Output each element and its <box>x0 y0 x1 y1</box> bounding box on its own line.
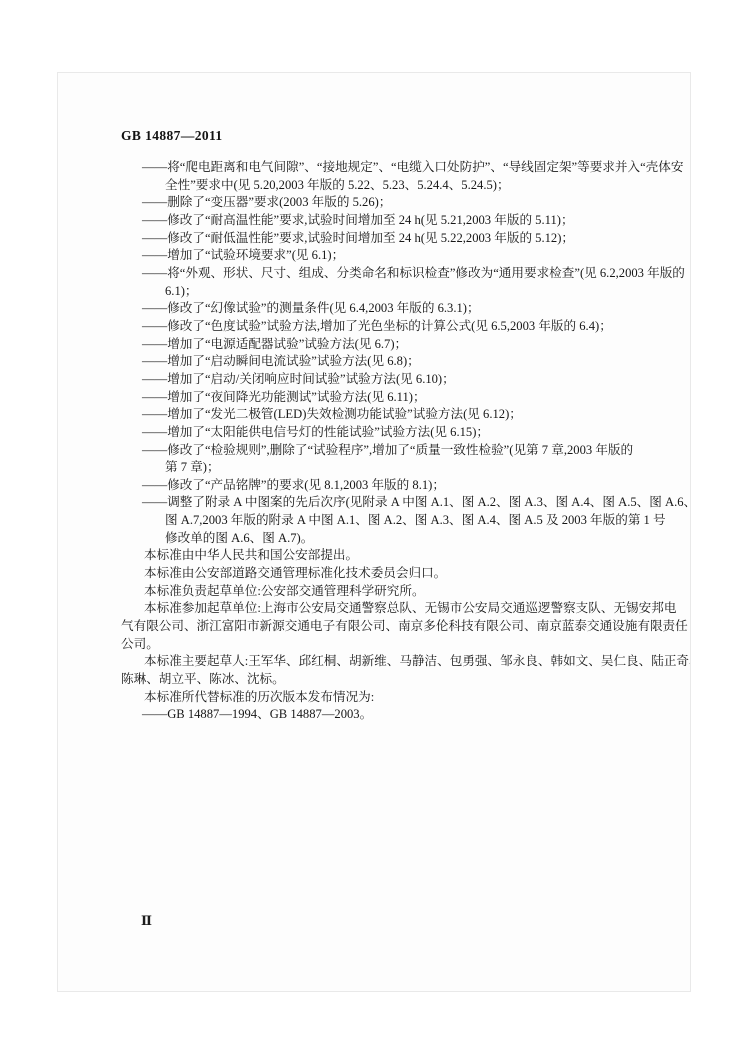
document-page: GB 14887—2011 ——将“爬电距离和电气间隙”、“接地规定”、“电缆入… <box>57 72 691 992</box>
text-line: 气有限公司、浙江富阳市新源交通电子有限公司、南京多伦科技有限公司、南京蓝泰交通设… <box>121 618 689 636</box>
text-line: 本标准负责起草单位:公安部交通管理科学研究所。 <box>144 583 689 601</box>
text-line: 本标准主要起草人:王军华、邱红桐、胡新维、马静洁、包勇强、邹永良、韩如文、吴仁良… <box>144 653 689 671</box>
text-line: ——调整了附录 A 中图案的先后次序(见附录 A 中图 A.1、图 A.2、图 … <box>142 494 689 512</box>
text-line: 修改单的图 A.6、图 A.7)。 <box>165 530 689 548</box>
text-line: 本标准参加起草单位:上海市公安局交通警察总队、无锡市公安局交通巡逻警察支队、无锡… <box>144 600 689 618</box>
text-line: 本标准由中华人民共和国公安部提出。 <box>144 547 689 565</box>
text-line: ——将“外观、形状、尺寸、组成、分类命名和标识检查”修改为“通用要求检查”(见 … <box>142 265 689 283</box>
page-number: Ⅱ <box>141 913 152 929</box>
text-line: ——修改了“产品铭牌”的要求(见 8.1,2003 年版的 8.1)； <box>142 477 689 495</box>
text-line: ——增加了“电源适配器试验”试验方法(见 6.7)； <box>142 336 689 354</box>
text-line: 公司。 <box>121 636 689 654</box>
text-lines: ——将“爬电距离和电气间隙”、“接地规定”、“电缆入口处防护”、“导线固定架”等… <box>121 159 689 724</box>
text-line: ——增加了“发光二极管(LED)失效检测功能试验”试验方法(见 6.12)； <box>142 406 689 424</box>
text-line: ——GB 14887—1994、GB 14887—2003。 <box>142 706 689 724</box>
text-line: ——增加了“启动瞬间电流试验”试验方法(见 6.8)； <box>142 353 689 371</box>
text-line: ——增加了“夜间降光功能测试”试验方法(见 6.11)； <box>142 389 689 407</box>
text-line: 本标准由公安部道路交通管理标准化技术委员会归口。 <box>144 565 689 583</box>
text-line: ——修改了“色度试验”试验方法,增加了光色坐标的计算公式(见 6.5,2003 … <box>142 318 689 336</box>
text-line: ——删除了“变压器”要求(2003 年版的 5.26)； <box>142 194 689 212</box>
text-line: 第 7 章)； <box>165 459 689 477</box>
text-line: 6.1)； <box>165 283 689 301</box>
text-line: ——修改了“检验规则”,删除了“试验程序”,增加了“质量一致性检验”(见第 7 … <box>142 442 689 460</box>
text-line: ——增加了“启动/关闭响应时间试验”试验方法(见 6.10)； <box>142 371 689 389</box>
text-line: 全性”要求中(见 5.20,2003 年版的 5.22、5.23、5.24.4、… <box>165 177 689 195</box>
document-header: GB 14887—2011 <box>121 128 223 144</box>
text-line: 陈琳、胡立平、陈冰、沈标。 <box>121 671 689 689</box>
text-line: ——修改了“耐低温性能”要求,试验时间增加至 24 h(见 5.22,2003 … <box>142 230 689 248</box>
text-line: ——增加了“太阳能供电信号灯的性能试验”试验方法(见 6.15)； <box>142 424 689 442</box>
text-line: ——将“爬电距离和电气间隙”、“接地规定”、“电缆入口处防护”、“导线固定架”等… <box>142 159 689 177</box>
text-line: 本标准所代替标准的历次版本发布情况为: <box>144 689 689 707</box>
text-line: ——修改了“幻像试验”的测量条件(见 6.4,2003 年版的 6.3.1)； <box>142 300 689 318</box>
text-line: 图 A.7,2003 年版的附录 A 中图 A.1、图 A.2、图 A.3、图 … <box>165 512 689 530</box>
text-line: ——增加了“试验环境要求”(见 6.1)； <box>142 247 689 265</box>
text-line: ——修改了“耐高温性能”要求,试验时间增加至 24 h(见 5.21,2003 … <box>142 212 689 230</box>
